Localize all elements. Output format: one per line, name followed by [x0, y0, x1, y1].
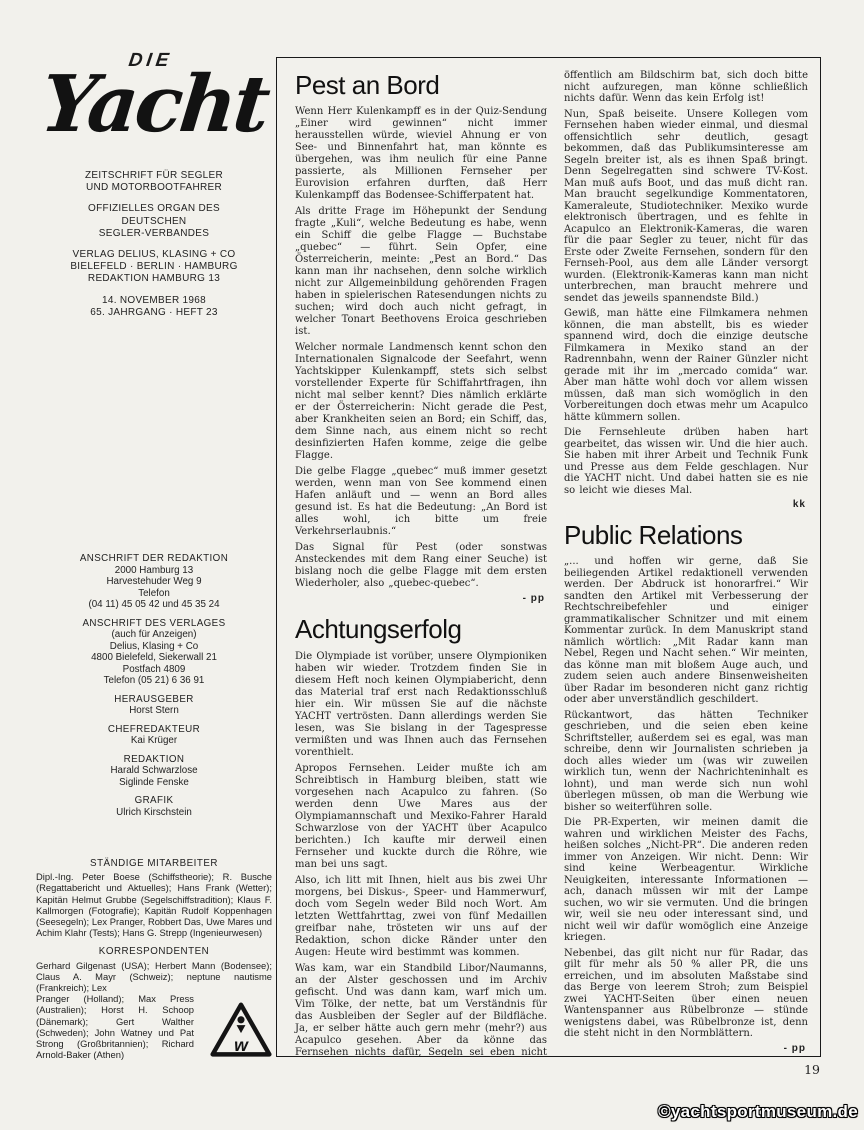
masthead-line: BIELEFELD · BERLIN · HAMBURG [36, 261, 272, 273]
yacht-logo: DIE Yacht [36, 38, 272, 170]
sidebar-section-line: 4800 Bielefeld, Siekerwall 21 [36, 652, 272, 664]
sidebar-section: ANSCHRIFT DER REDAKTION2000 Hamburg 13Ha… [36, 553, 272, 611]
article-paragraph: Rückantwort, das hätten Techniker geschr… [564, 710, 808, 814]
masthead-line: 65. JAHRGANG · HEFT 23 [36, 307, 272, 319]
svg-text:w: w [234, 1035, 249, 1055]
sidebar-section-title: ANSCHRIFT DER REDAKTION [36, 553, 272, 565]
page-number: 19 [804, 1062, 820, 1077]
article-paragraph: Die Fernsehleute drüben haben hart gearb… [564, 427, 808, 496]
article-paragraph: Gewiß, man hätte eine Filmkamera nehmen … [564, 308, 808, 423]
sidebar-section-title: CHEFREDAKTEUR [36, 724, 272, 736]
column-right: öffentlich am Bildschirm bat, sich doch … [564, 70, 808, 1057]
sidebar-section-line: Siglinde Fenske [36, 777, 272, 789]
sidebar-sections: ANSCHRIFT DER REDAKTION2000 Hamburg 13Ha… [36, 553, 272, 825]
article-paragraph: Welcher normale Landmensch kennt schon d… [295, 342, 547, 462]
masthead-sidebar: DIE Yacht ZEITSCHRIFT FÜR SEGLERUND MOTO… [36, 38, 272, 328]
sidebar-section: CHEFREDAKTEURKai Krüger [36, 724, 272, 747]
masthead-line: 14. NOVEMBER 1968 [36, 295, 272, 307]
sidebar-section-title: HERAUSGEBER [36, 694, 272, 706]
article-paragraph: Also, ich litt mit Ihnen, hielt aus bis … [295, 875, 547, 959]
sidebar-section-line: Horst Stern [36, 705, 272, 717]
sidebar-section-title: REDAKTION [36, 754, 272, 766]
masthead-line: DEUTSCHEN [36, 216, 272, 228]
article-paragraph: „... und hoffen wir gerne, daß Sie beili… [564, 556, 808, 706]
articles-box: Pest an BordWenn Herr Kulenkampff es in … [276, 57, 821, 1057]
article-heading: Public Relations [564, 522, 808, 549]
article-paragraph: Als dritte Frage im Höhepunkt der Sendun… [295, 206, 547, 338]
masthead-line: SEGLER-VERBANDES [36, 228, 272, 240]
article-signature: - pp [564, 1043, 806, 1054]
sidebar-section-line: Telefon (05 21) 6 36 91 [36, 675, 272, 687]
article-heading: Achtungserfolg [295, 616, 547, 643]
masthead-group: VERLAG DELIUS, KLASING + COBIELEFELD · B… [36, 249, 272, 286]
article-signature: kk [564, 499, 806, 510]
staff-text: Dipl.-Ing. Peter Boese (Schiffstheorie);… [36, 871, 272, 938]
masthead-group: OFFIZIELLES ORGAN DESDEUTSCHENSEGLER-VER… [36, 203, 272, 240]
masthead-line: REDAKTION HAMBURG 13 [36, 273, 272, 285]
masthead-group: 14. NOVEMBER 196865. JAHRGANG · HEFT 23 [36, 295, 272, 319]
masthead-line: OFFIZIELLES ORGAN DES [36, 203, 272, 215]
sidebar-section-title: GRAFIK [36, 795, 272, 807]
column-left: Pest an BordWenn Herr Kulenkampff es in … [295, 70, 547, 1057]
article-heading: Pest an Bord [295, 72, 547, 99]
article-paragraph: öffentlich am Bildschirm bat, sich doch … [564, 70, 808, 105]
korrespondenten-row: Pranger (Holland); Max Press (Australien… [36, 993, 272, 1060]
article-paragraph: Die Olympiade ist vorüber, unsere Olympi… [295, 651, 547, 759]
article-paragraph: Das Signal für Pest (oder sonstwas Anste… [295, 542, 547, 590]
sidebar-section-line: Delius, Klasing + Co [36, 641, 272, 653]
article-paragraph: Apropos Fernsehen. Leider mußte ich am S… [295, 763, 547, 871]
article-paragraph: Wenn Herr Kulenkampff es in der Quiz-Sen… [295, 106, 547, 202]
article-signature: - pp [295, 593, 545, 604]
article-paragraph: Die PR-Experten, wir meinen damit die wa… [564, 817, 808, 944]
magazine-page: DIE Yacht ZEITSCHRIFT FÜR SEGLERUND MOTO… [0, 0, 864, 1130]
sidebar-section: HERAUSGEBERHorst Stern [36, 694, 272, 717]
sidebar-section-line: (04 11) 45 05 42 und 45 35 24 [36, 599, 272, 611]
masthead-line: UND MOTORBOOTFAHRER [36, 182, 272, 194]
article-paragraph: Was kam, war ein Standbild Libor/Naumann… [295, 963, 547, 1057]
logo-yacht-text: Yacht [37, 66, 271, 144]
sidebar-section-line: Postfach 4809 [36, 664, 272, 676]
korrespondenten-text-bottom: Pranger (Holland); Max Press (Australien… [36, 993, 194, 1060]
korrespondenten-title: KORRESPONDENTEN [36, 946, 272, 957]
masthead-group: ZEITSCHRIFT FÜR SEGLERUND MOTORBOOTFAHRE… [36, 170, 272, 194]
ivw-logo-icon: w [194, 1002, 272, 1060]
sidebar-staff: STÄNDIGE MITARBEITER Dipl.-Ing. Peter Bo… [36, 858, 272, 1060]
sidebar-section: GRAFIKUlrich Kirschstein [36, 795, 272, 818]
korrespondenten-text-top: Gerhard Gilgenast (USA); Herbert Mann (B… [36, 960, 272, 994]
sidebar-section-line: Telefon [36, 588, 272, 600]
article-paragraph: Nebenbei, das gilt nicht nur für Radar, … [564, 948, 808, 1040]
masthead-line: VERLAG DELIUS, KLASING + CO [36, 249, 272, 261]
watermark: ©yachtsportmuseum.de [658, 1102, 858, 1122]
sidebar-section: REDAKTIONHarald SchwarzloseSiglinde Fens… [36, 754, 272, 789]
sidebar-section-line: Kai Krüger [36, 735, 272, 747]
sidebar-section-title: ANSCHRIFT DES VERLAGES [36, 618, 272, 630]
staff-title: STÄNDIGE MITARBEITER [36, 858, 272, 869]
sidebar-section: ANSCHRIFT DES VERLAGES(auch für Anzeigen… [36, 618, 272, 687]
sidebar-section-line: Ulrich Kirschstein [36, 807, 272, 819]
sidebar-section-line: 2000 Hamburg 13 [36, 565, 272, 577]
article-paragraph: Nun, Spaß beiseite. Unsere Kollegen vom … [564, 109, 808, 305]
article-paragraph: Die gelbe Flagge „quebec“ muß immer gese… [295, 466, 547, 538]
sidebar-section-line: Harvestehuder Weg 9 [36, 576, 272, 588]
masthead-info: ZEITSCHRIFT FÜR SEGLERUND MOTORBOOTFAHRE… [36, 170, 272, 319]
masthead-line: ZEITSCHRIFT FÜR SEGLER [36, 170, 272, 182]
sidebar-section-line: Harald Schwarzlose [36, 765, 272, 777]
sidebar-section-line: (auch für Anzeigen) [36, 629, 272, 641]
